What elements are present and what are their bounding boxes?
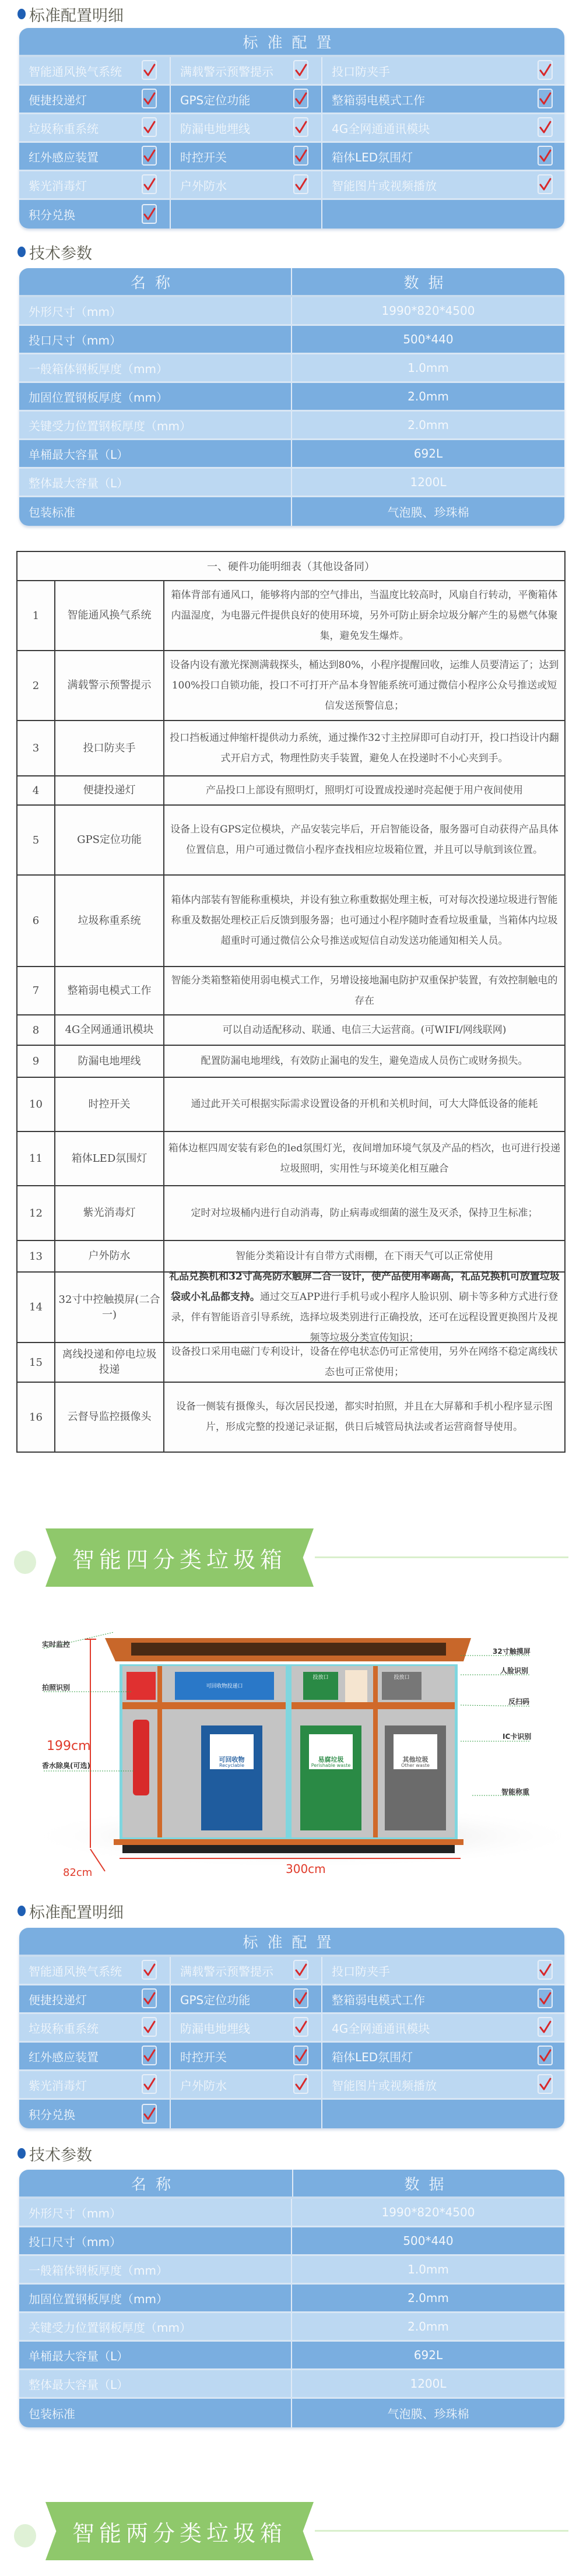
param-name: 关键受力位置钢板厚度（mm） (19, 2313, 292, 2340)
feature-name: 紫光消毒灯 (55, 1186, 164, 1240)
feature-name: 智能通风换气系统 (55, 581, 164, 650)
config-cell: 时控开关 (171, 143, 322, 170)
feature-name: 防漏电地埋线 (55, 1046, 164, 1077)
config-item-label: 整箱弱电模式工作 (332, 91, 425, 108)
row-number: 12 (17, 1186, 55, 1240)
banner-circle-icon (14, 2524, 36, 2547)
config-item-label: GPS定位功能 (180, 91, 250, 108)
param-name: 投口尺寸（mm） (19, 2227, 292, 2254)
checkmark-icon (293, 60, 308, 80)
config-row: 红外感应装置时控开关箱体LED氛围灯 (19, 2043, 564, 2071)
params-row: 包装标准气泡膜、珍珠棉 (19, 2399, 564, 2427)
hardware-row: 84G全网通通讯模块可以自动适配移动、联通、电信三大运营商。(可WIFI/网线联… (17, 1015, 564, 1046)
feature-name: 便捷投递灯 (55, 776, 164, 804)
param-name: 整体最大容量（L） (19, 2370, 292, 2397)
inlet-label-recyclable: 可回收物投递口 (178, 1682, 271, 1689)
config-cell: 智能图片或视频播放 (322, 2071, 564, 2098)
config-cell: 便捷投递灯 (19, 1985, 171, 2012)
checkmark-icon (142, 1988, 157, 2008)
config-item-label: 积分兑换 (29, 2106, 75, 2122)
param-name: 单桶最大容量（L） (19, 2342, 292, 2368)
label-photo-recognition: 拍照识别 (42, 1682, 70, 1692)
hardware-row: 4便捷投递灯产品投口上部设有照明灯，照明灯可设置成投递时亮起便于用户夜间使用 (17, 776, 564, 806)
config-cell: 整箱弱电模式工作 (322, 1985, 564, 2012)
feature-name: 满载警示预警提示 (55, 651, 164, 720)
hardware-table-title: 一、硬件功能明细表（其他设备同） (17, 552, 564, 581)
row-number: 14 (17, 1273, 55, 1342)
config-row: 垃圾称重系统防漏电地埋线4G全网通通讯模块 (19, 114, 564, 143)
config-item-label: 满载警示预警提示 (180, 62, 273, 79)
param-name: 加固位置钢板厚度（mm） (19, 383, 292, 410)
tech-params-table-2: 名称 数据 外形尺寸（mm）1990*820*4500投口尺寸（mm）500*4… (19, 2170, 564, 2427)
param-value: 2.0mm (292, 383, 564, 410)
row-number: 13 (17, 1241, 55, 1271)
param-name: 一般箱体钢板厚度（mm） (19, 354, 292, 381)
config-cell: 满载警示预警提示 (171, 57, 322, 84)
label-face-recognition: 人脸识别 (500, 1665, 528, 1675)
config-item-label: 户外防水 (180, 177, 227, 194)
config-row: 紫光消毒灯户外防水智能图片或视频播放 (19, 171, 564, 200)
params-row: 一般箱体钢板厚度（mm）1.0mm (19, 354, 564, 383)
param-value: 500*440 (292, 2227, 564, 2254)
banner-line (315, 1556, 568, 1558)
config-cell: 防漏电地埋线 (171, 114, 322, 141)
feature-description-text: 设备上设有GPS定位模块，产品安装完毕后，开启智能设备，服务器可自动获得产品具体… (170, 824, 559, 856)
hardware-row: 6垃圾称重系统箱体内部装有智能称重模块，并设有独立称重数据处理主板，可对每次投递… (17, 876, 564, 967)
config-item-label: 智能图片或视频播放 (332, 177, 437, 194)
feature-description: 投口挡板通过伸缩杆提供动力系统，通过操作32寸主控屏即可自动打开，投口挡设计内翻… (164, 721, 564, 775)
feature-description-text: 产品投口上部设有照明灯，照明灯可设置成投递时亮起便于用户夜间使用 (206, 785, 523, 796)
feature-description: 箱体边框四周安装有彩色的led氛围灯光，夜间增加环境气氛及产品的档次，也可进行投… (164, 1132, 564, 1185)
hardware-row: 1智能通风换气系统箱体背部有通风口，能够将内部的空气排出，当温度比较高时，风扇自… (17, 581, 564, 651)
checkmark-icon (142, 89, 157, 108)
feature-name: 时控开关 (55, 1078, 164, 1131)
checkmark-icon (538, 1960, 553, 1980)
param-value: 1990*820*4500 (292, 297, 564, 324)
param-value: 500*440 (292, 326, 564, 353)
config-row: 便捷投递灯GPS定位功能整箱弱电模式工作 (19, 1985, 564, 2014)
banner-ribbon: 智能四分类垃圾箱 (45, 1528, 314, 1587)
row-number: 5 (17, 806, 55, 874)
config-item-label: 整箱弱电模式工作 (332, 1991, 425, 2008)
feature-description: 设备上设有GPS定位模块，产品安装完毕后，开启智能设备，服务器可自动获得产品具体… (164, 806, 564, 874)
feature-description: 产品投口上部设有照明灯，照明灯可设置成投递时亮起便于用户夜间使用 (164, 776, 564, 804)
standard-config-table: 标准配置 智能通风换气系统满载警示预警提示投口防夹手便捷投递灯GPS定位功能整箱… (19, 28, 564, 229)
checkmark-icon (142, 2104, 157, 2124)
params-row: 关键受力位置钢板厚度（mm）2.0mm (19, 2313, 564, 2342)
config-section-title: 标准配置明细 (17, 2, 124, 26)
feature-description: 通过此开关可根据实际需求设置设备的开机和关机时间，可大大降低设备的能耗 (164, 1078, 564, 1131)
config-section-title-2: 标准配置明细 (17, 1899, 124, 1923)
row-number: 16 (17, 1383, 55, 1452)
row-number: 15 (17, 1343, 55, 1382)
checkmark-icon (293, 2074, 308, 2094)
checkmark-icon (538, 2017, 553, 2037)
row-number: 10 (17, 1078, 55, 1131)
hardware-row: 9防漏电地埋线配置防漏电地埋线，有效防止漏电的发生，避免造成人员伤亡或财务损失。 (17, 1046, 564, 1078)
param-value: 692L (292, 440, 564, 467)
label-reverse-scan: 反扫码 (508, 1696, 529, 1706)
feature-description: 智能分类箱整箱使用弱电模式工作，另增设接地漏电防护双重保护装置，有效控制触电的存… (164, 967, 564, 1014)
two-category-banner: 智能两分类垃圾箱 (0, 2502, 583, 2566)
feature-description-text: 箱体背部有通风口，能够将内部的空气排出，当温度比较高时，风扇自行转动，平衡箱体内… (171, 589, 558, 642)
row-number: 7 (17, 967, 55, 1014)
row-number: 2 (17, 651, 55, 720)
feature-description-text: 智能分类箱整箱使用弱电模式工作，另增设接地漏电防护双重保护装置，有效控制触电的存… (171, 975, 558, 1007)
feature-description-text: 配置防漏电地埋线，有效防止漏电的发生，避免造成人员伤亡或财务损失。 (201, 1055, 528, 1067)
checkmark-icon (142, 204, 157, 224)
feature-description: 可以自动适配移动、联通、电信三大运营商。(可WIFI/网线联网) (164, 1015, 564, 1045)
checkmark-icon (293, 146, 308, 166)
banner-line (315, 2530, 568, 2532)
config-cell: 红外感应装置 (19, 143, 171, 170)
params-row: 包装标准气泡膜、珍珠棉 (19, 497, 564, 526)
config-item-label: 便捷投递灯 (29, 91, 87, 108)
param-value: 1.0mm (292, 354, 564, 381)
param-name: 关键受力位置钢板厚度（mm） (19, 412, 292, 438)
feature-description-text: 可以自动适配移动、联通、电信三大运营商。(可WIFI/网线联网) (223, 1024, 507, 1036)
config-cell: 4G全网通通讯模块 (322, 2014, 564, 2041)
config-item-label: 智能通风换气系统 (29, 62, 122, 79)
config-item-label: 时控开关 (180, 148, 227, 165)
hardware-row: 1432寸中控触摸屏(二合一)礼品兑换机和32寸高亮防水触屏二合一设计，使产品使… (17, 1273, 564, 1343)
feature-name: 垃圾称重系统 (55, 876, 164, 966)
tech-params-table: 名称 数据 外形尺寸（mm）1990*820*4500投口尺寸（mm）500*4… (19, 268, 564, 526)
feature-description-text: 投口挡板通过伸缩杆提供动力系统，通过操作32寸主控屏即可自动打开，投口挡设计内翻… (170, 732, 559, 764)
config-item-label: 满载警示预警提示 (180, 1962, 273, 1979)
param-name: 加固位置钢板厚度（mm） (19, 2285, 292, 2311)
feature-name: 投口防夹手 (55, 721, 164, 775)
height-dimension: 199cm (47, 1739, 91, 1753)
bullet-icon (17, 9, 26, 19)
config-row: 积分兑换 (19, 2100, 564, 2128)
checkmark-icon (142, 60, 157, 80)
hardware-row: 7整箱弱电模式工作智能分类箱整箱使用弱电模式工作，另增设接地漏电防护双重保护装置… (17, 967, 564, 1015)
header-value: 数据 (293, 2170, 564, 2197)
hardware-row: 11箱体LED氛围灯箱体边框四周安装有彩色的led氛围灯光，夜间增加环境气氛及产… (17, 1132, 564, 1186)
label-touchscreen: 32寸触摸屏 (493, 1646, 531, 1656)
config-cell: 积分兑换 (19, 2100, 171, 2128)
param-value: 692L (292, 2342, 564, 2368)
feature-name: 户外防水 (55, 1241, 164, 1271)
params-row: 单桶最大容量（L）692L (19, 2342, 564, 2370)
row-number: 8 (17, 1015, 55, 1045)
hardware-function-table: 一、硬件功能明细表（其他设备同） 1智能通风换气系统箱体背部有通风口，能够将内部… (16, 551, 566, 1453)
config-cell: GPS定位功能 (171, 86, 322, 113)
checkmark-icon (142, 2017, 157, 2037)
config-cell (171, 2100, 322, 2128)
feature-description: 设备内设有激光探测满载探头，桶达到80%，小程序提醒回收，运维人员要清运了；达到… (164, 651, 564, 720)
hardware-row: 3投口防夹手投口挡板通过伸缩杆提供动力系统，通过操作32寸主控屏即可自动打开，投… (17, 721, 564, 776)
checkmark-icon (293, 1960, 308, 1980)
checkmark-icon (142, 2046, 157, 2065)
config-row: 智能通风换气系统满载警示预警提示投口防夹手 (19, 1957, 564, 1985)
config-item-label: 垃圾称重系统 (29, 2019, 99, 2036)
checkmark-icon (538, 2046, 553, 2065)
checkmark-icon (538, 89, 553, 108)
config-row: 垃圾称重系统防漏电地埋线4G全网通通讯模块 (19, 2014, 564, 2043)
feature-name: 4G全网通通讯模块 (55, 1015, 164, 1045)
config-row: 紫光消毒灯户外防水智能图片或视频播放 (19, 2071, 564, 2100)
checkmark-icon (142, 146, 157, 166)
param-value: 1990*820*4500 (292, 2199, 564, 2226)
bullet-icon (17, 1906, 26, 1916)
param-value: 气泡膜、珍珠棉 (292, 2399, 564, 2427)
hardware-row: 10时控开关通过此开关可根据实际需求设置设备的开机和关机时间，可大大降低设备的能… (17, 1078, 564, 1132)
feature-name: 32寸中控触摸屏(二合一) (55, 1273, 164, 1342)
param-name: 一般箱体钢板厚度（mm） (19, 2256, 292, 2283)
inlet-label-other: 投放口 (382, 1673, 422, 1681)
feature-description-text: 智能分类箱设计有自带方式雨棚，在下雨天气可以正常使用 (236, 1250, 493, 1262)
checkmark-icon (142, 2074, 157, 2094)
feature-description-text: 设备内设有激光探测满载探头，桶达到80%，小程序提醒回收，运维人员要清运了；达到… (170, 659, 559, 712)
bin-other-en: Other waste (394, 1763, 437, 1768)
param-value: 1200L (292, 469, 564, 495)
params-row: 整体最大容量（L）1200L (19, 469, 564, 497)
row-number: 11 (17, 1132, 55, 1185)
params-row: 加固位置钢板厚度（mm）2.0mm (19, 2285, 564, 2313)
config-cell: 垃圾称重系统 (19, 114, 171, 141)
hardware-row: 16云督导监控摄像头设备一侧装有摄像头，每次居民投递，都实时拍照，并且在大屏幕和… (17, 1383, 564, 1452)
row-number: 4 (17, 776, 55, 804)
config-item-label: GPS定位功能 (180, 1991, 250, 2008)
checkmark-icon (293, 2046, 308, 2065)
label-ic-card: IC卡识别 (503, 1731, 531, 1741)
hardware-row: 12紫光消毒灯定时对垃圾桶内进行自动消毒，防止病毒或细菌的滋生及灭杀，保持卫生标… (17, 1186, 564, 1241)
feature-description: 设备一侧装有摄像头，每次居民投递，都实时拍照，并且在大屏幕和手机小程序显示图片，… (164, 1383, 564, 1452)
config-cell: 紫光消毒灯 (19, 2071, 171, 2098)
params-row: 整体最大容量（L）1200L (19, 2370, 564, 2399)
param-name: 包装标准 (19, 2399, 292, 2427)
hardware-row: 2满载警示预警提示设备内设有激光探测满载探头，桶达到80%，小程序提醒回收，运维… (17, 651, 564, 721)
feature-description-text: 设备一侧装有摄像头，每次居民投递，都实时拍照，并且在大屏幕和手机小程序显示图片，… (176, 1401, 553, 1433)
bin-recyclable-en: Recyclable (210, 1763, 254, 1768)
config-cell: 投口防夹手 (322, 57, 564, 84)
checkmark-icon (538, 2074, 553, 2094)
config-item-label: 4G全网通通讯模块 (332, 2019, 430, 2036)
feature-description-text: 定时对垃圾桶内进行自动消毒，防止病毒或细菌的滋生及灭杀，保持卫生标准； (191, 1207, 538, 1219)
row-number: 6 (17, 876, 55, 966)
feature-description: 定时对垃圾桶内进行自动消毒，防止病毒或细菌的滋生及灭杀，保持卫生标准； (164, 1186, 564, 1240)
feature-name: 离线投递和停电垃圾投递 (55, 1343, 164, 1382)
feature-name: 整箱弱电模式工作 (55, 967, 164, 1014)
params-row: 投口尺寸（mm）500*440 (19, 2227, 564, 2256)
feature-name: GPS定位功能 (55, 806, 164, 874)
bullet-icon (17, 247, 26, 257)
checkmark-icon (538, 174, 553, 194)
params-section-title: 技术参数 (17, 240, 92, 263)
config-row: 智能通风换气系统满载警示预警提示投口防夹手 (19, 57, 564, 86)
config-item-label: 智能通风换气系统 (29, 1962, 122, 1979)
feature-description-text: 箱体边框四周安装有彩色的led氛围灯光，夜间增加环境气氛及产品的档次，也可进行投… (168, 1143, 560, 1175)
config-cell: 智能通风换气系统 (19, 1957, 171, 1984)
config-item-label: 防漏电地埋线 (180, 120, 250, 136)
label-realtime-monitoring: 实时监控 (42, 1639, 70, 1649)
config-cell: 便捷投递灯 (19, 86, 171, 113)
config-cell (322, 2100, 564, 2128)
config-cell: 户外防水 (171, 2071, 322, 2098)
header-name: 名称 (19, 2170, 293, 2197)
param-value: 2.0mm (292, 412, 564, 438)
config-cell: 投口防夹手 (322, 1957, 564, 1984)
feature-description: 配置防漏电地埋线，有效防止漏电的发生，避免造成人员伤亡或财务损失。 (164, 1046, 564, 1077)
depth-dimension: 82cm (63, 1867, 92, 1879)
inlet-label-perishable: 投放口 (303, 1673, 338, 1681)
config-row: 便捷投递灯GPS定位功能整箱弱电模式工作 (19, 86, 564, 114)
config-cell: 智能通风换气系统 (19, 57, 171, 84)
param-value: 2.0mm (292, 2285, 564, 2311)
param-value: 2.0mm (292, 2313, 564, 2340)
config-item-label: 投口防夹手 (332, 1962, 390, 1979)
config-table-header: 标准配置 (19, 1928, 564, 1957)
params-row: 加固位置钢板厚度（mm）2.0mm (19, 383, 564, 412)
feature-description: 箱体背部有通风口，能够将内部的空气排出，当温度比较高时，风扇自行转动，平衡箱体内… (164, 581, 564, 650)
config-table-header: 标准配置 (19, 28, 564, 57)
param-name: 包装标准 (19, 497, 292, 526)
feature-description-text: 设备投口采用电磁门专利设计，设备在停电状态仍可正常使用，另外在网络不稳定离线状态… (171, 1346, 558, 1378)
checkmark-icon (538, 117, 553, 137)
params-table-header: 名称 数据 (19, 2170, 564, 2199)
config-item-label: 紫光消毒灯 (29, 2076, 87, 2093)
param-value: 气泡膜、珍珠棉 (292, 497, 564, 526)
config-row: 红外感应装置时控开关箱体LED氛围灯 (19, 143, 564, 171)
checkmark-icon (293, 174, 308, 194)
params-row: 外形尺寸（mm）1990*820*4500 (19, 2199, 564, 2227)
config-row: 积分兑换 (19, 200, 564, 229)
param-name: 投口尺寸（mm） (19, 326, 292, 353)
label-perfume-deodorizer: 香水除臭(可选) (42, 1760, 90, 1770)
config-item-label: 防漏电地埋线 (180, 2019, 250, 2036)
param-name: 外形尺寸（mm） (19, 2199, 292, 2226)
param-name: 外形尺寸（mm） (19, 297, 292, 324)
config-cell: 时控开关 (171, 2043, 322, 2069)
config-cell: 整箱弱电模式工作 (322, 86, 564, 113)
config-cell: GPS定位功能 (171, 1985, 322, 2012)
params-row: 一般箱体钢板厚度（mm）1.0mm (19, 2256, 564, 2285)
config-item-label: 投口防夹手 (332, 62, 390, 79)
label-smart-weighing: 智能称重 (501, 1787, 529, 1797)
feature-name: 箱体LED氛围灯 (55, 1132, 164, 1185)
width-dimension: 300cm (286, 1862, 326, 1876)
feature-description: 礼品兑换机和32寸高亮防水触屏二合一设计，使产品使用率踢高，礼品兑换机可放置垃圾… (164, 1273, 564, 1342)
params-row: 单桶最大容量（L）692L (19, 440, 564, 469)
config-cell (322, 200, 564, 229)
feature-description: 设备投口采用电磁门专利设计，设备在停电状态仍可正常使用，另外在网络不稳定离线状态… (164, 1343, 564, 1382)
config-item-label: 户外防水 (180, 2076, 227, 2093)
params-row: 外形尺寸（mm）1990*820*4500 (19, 297, 564, 326)
checkmark-icon (293, 2017, 308, 2037)
config-cell: 户外防水 (171, 171, 322, 198)
config-cell (171, 200, 322, 229)
checkmark-icon (538, 1988, 553, 2008)
standard-config-table-2: 标准配置 智能通风换气系统满载警示预警提示投口防夹手便捷投递灯GPS定位功能整箱… (19, 1928, 564, 2128)
config-item-label: 箱体LED氛围灯 (332, 148, 413, 165)
config-cell: 箱体LED氛围灯 (322, 143, 564, 170)
checkmark-icon (142, 174, 157, 194)
config-cell: 箱体LED氛围灯 (322, 2043, 564, 2069)
feature-description-text: 通过此开关可根据实际需求设置设备的开机和关机时间，可大大降低设备的能耗 (191, 1098, 538, 1110)
config-cell: 垃圾称重系统 (19, 2014, 171, 2041)
params-table-header: 名称 数据 (19, 268, 564, 297)
config-cell: 积分兑换 (19, 200, 171, 229)
param-value: 1.0mm (292, 2256, 564, 2283)
config-item-label: 4G全网通通讯模块 (332, 120, 430, 136)
params-row: 关键受力位置钢板厚度（mm）2.0mm (19, 412, 564, 440)
banner-ribbon: 智能两分类垃圾箱 (45, 2502, 314, 2560)
param-name: 整体最大容量（L） (19, 469, 292, 495)
config-cell: 满载警示预警提示 (171, 1957, 322, 1984)
bin-perishable-en: Perishable waste (309, 1763, 353, 1768)
config-item-label: 垃圾称重系统 (29, 120, 99, 136)
config-item-label: 积分兑换 (29, 206, 75, 223)
checkmark-icon (293, 117, 308, 137)
checkmark-icon (293, 1988, 308, 2008)
config-item-label: 便捷投递灯 (29, 1991, 87, 2008)
row-number: 9 (17, 1046, 55, 1077)
product-illustration: 实时监控 拍照识别 香水除臭(可选) 32寸触摸屏 人脸识别 反扫码 IC卡识别… (0, 1615, 583, 1883)
config-item-label: 紫光消毒灯 (29, 177, 87, 194)
row-number: 1 (17, 581, 55, 650)
feature-description-text: 箱体内部装有智能称重模块，并设有独立称重数据处理主板，可对每次投递垃圾进行智能称… (171, 894, 558, 947)
config-item-label: 箱体LED氛围灯 (332, 2048, 413, 2065)
config-cell: 智能图片或视频播放 (322, 171, 564, 198)
param-name: 单桶最大容量（L） (19, 440, 292, 467)
config-cell: 防漏电地埋线 (171, 2014, 322, 2041)
hardware-row: 15离线投递和停电垃圾投递设备投口采用电磁门专利设计，设备在停电状态仍可正常使用… (17, 1343, 564, 1383)
header-value: 数据 (292, 268, 564, 295)
checkmark-icon (142, 117, 157, 137)
checkmark-icon (538, 60, 553, 80)
config-item-label: 时控开关 (180, 2048, 227, 2065)
checkmark-icon (293, 89, 308, 108)
banner-circle-icon (14, 1551, 36, 1574)
config-cell: 紫光消毒灯 (19, 171, 171, 198)
param-value: 1200L (292, 2370, 564, 2397)
feature-name: 云督导监控摄像头 (55, 1383, 164, 1452)
row-number: 3 (17, 721, 55, 775)
params-section-title-2: 技术参数 (17, 2142, 92, 2165)
header-name: 名称 (19, 268, 292, 295)
checkmark-icon (538, 146, 553, 166)
checkmark-icon (142, 1960, 157, 1980)
config-item-label: 智能图片或视频播放 (332, 2076, 437, 2093)
params-row: 投口尺寸（mm）500*440 (19, 326, 564, 354)
config-cell: 4G全网通通讯模块 (322, 114, 564, 141)
hardware-row: 5GPS定位功能设备上设有GPS定位模块，产品安装完毕后，开启智能设备，服务器可… (17, 806, 564, 876)
config-item-label: 红外感应装置 (29, 2048, 99, 2065)
feature-description: 箱体内部装有智能称重模块，并设有独立称重数据处理主板，可对每次投递垃圾进行智能称… (164, 876, 564, 966)
four-category-banner: 智能四分类垃圾箱 (0, 1528, 583, 1593)
bullet-icon (17, 2148, 26, 2159)
config-cell: 红外感应装置 (19, 2043, 171, 2069)
config-item-label: 红外感应装置 (29, 148, 99, 165)
